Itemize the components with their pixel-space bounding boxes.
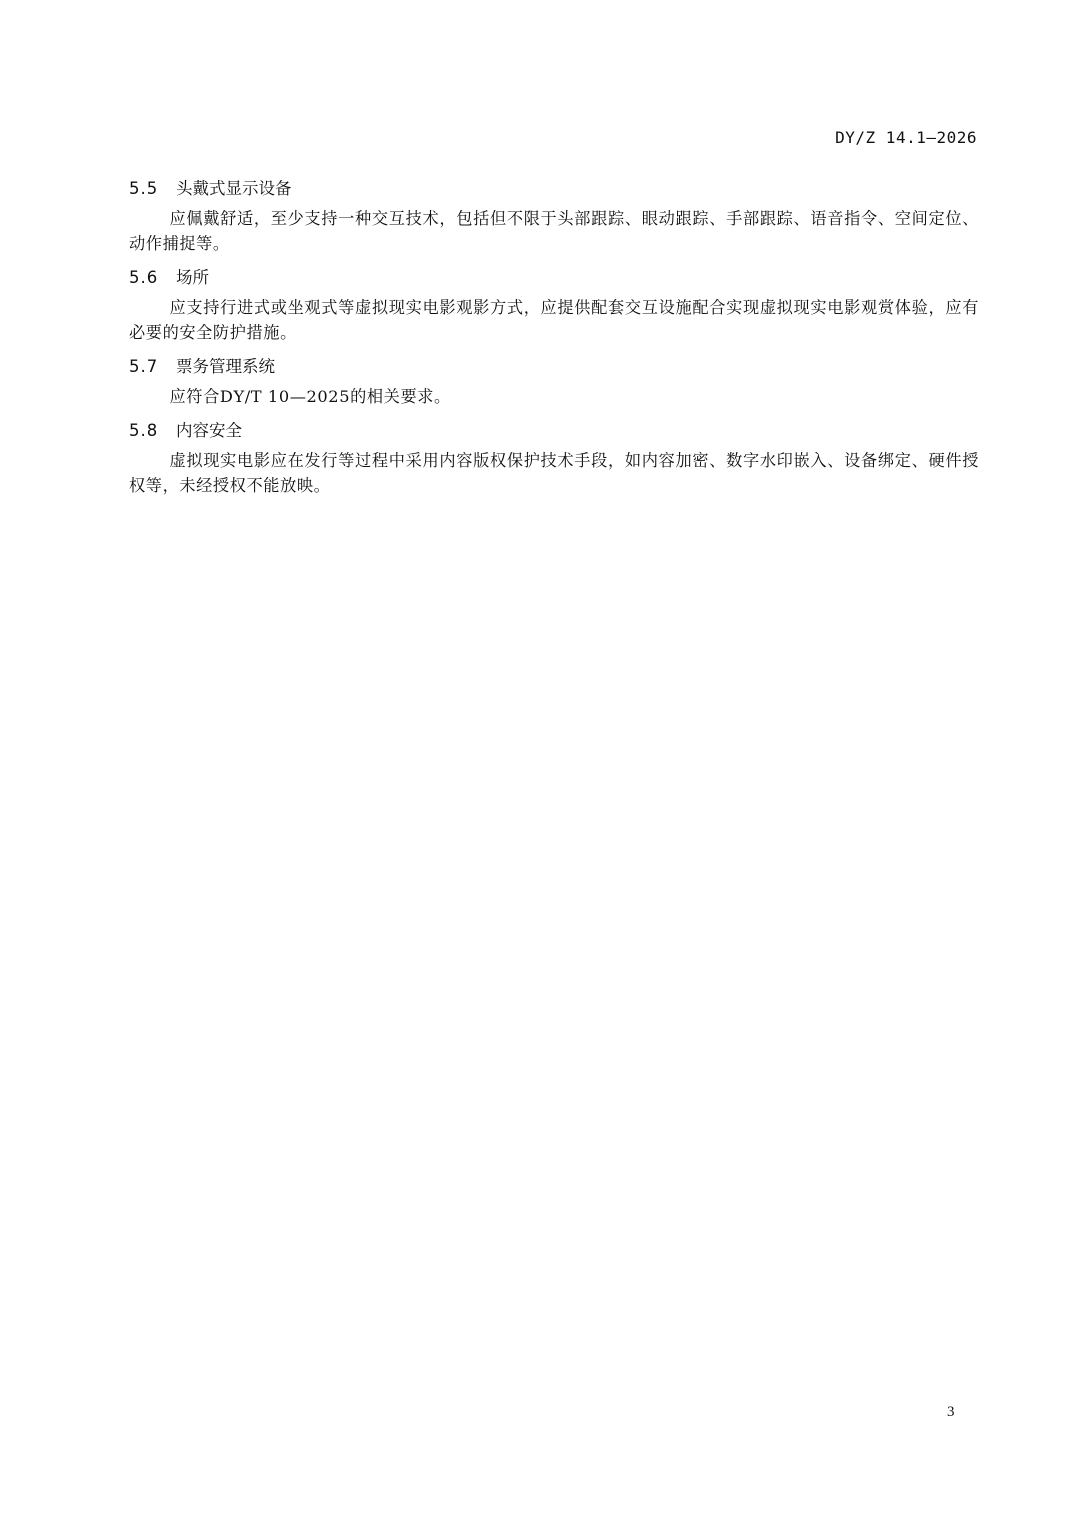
- section-number: 5.5: [129, 175, 176, 203]
- section-paragraph: 应佩戴舒适，至少支持一种交互技术，包括但不限于头部跟踪、眼动跟踪、手部跟踪、语音…: [129, 206, 979, 256]
- section-paragraph: 应支持行进式或坐观式等虚拟现实电影观影方式，应提供配套交互设施配合实现虚拟现实电…: [129, 295, 979, 345]
- section-heading: 5.8内容安全: [129, 417, 979, 445]
- section-5-6: 5.6场所 应支持行进式或坐观式等虚拟现实电影观影方式，应提供配套交互设施配合实…: [129, 264, 979, 345]
- section-title: 内容安全: [176, 421, 242, 440]
- page-number: 3: [947, 1404, 955, 1421]
- section-title: 票务管理系统: [176, 357, 275, 376]
- section-paragraph: 应符合DY/T 10—2025的相关要求。: [129, 384, 979, 409]
- section-heading: 5.6场所: [129, 264, 979, 292]
- section-number: 5.6: [129, 264, 176, 292]
- section-heading: 5.7票务管理系统: [129, 353, 979, 381]
- document-code: DY/Z 14.1—2026: [835, 128, 977, 147]
- section-5-8: 5.8内容安全 虚拟现实电影应在发行等过程中采用内容版权保护技术手段，如内容加密…: [129, 417, 979, 498]
- section-title: 场所: [176, 268, 209, 287]
- section-5-5: 5.5头戴式显示设备 应佩戴舒适，至少支持一种交互技术，包括但不限于头部跟踪、眼…: [129, 175, 979, 256]
- section-paragraph: 虚拟现实电影应在发行等过程中采用内容版权保护技术手段，如内容加密、数字水印嵌入、…: [129, 448, 979, 498]
- section-number: 5.8: [129, 417, 176, 445]
- document-body: 5.5头戴式显示设备 应佩戴舒适，至少支持一种交互技术，包括但不限于头部跟踪、眼…: [129, 175, 979, 506]
- section-heading: 5.5头戴式显示设备: [129, 175, 979, 203]
- section-title: 头戴式显示设备: [176, 179, 292, 198]
- section-number: 5.7: [129, 353, 176, 381]
- section-5-7: 5.7票务管理系统 应符合DY/T 10—2025的相关要求。: [129, 353, 979, 409]
